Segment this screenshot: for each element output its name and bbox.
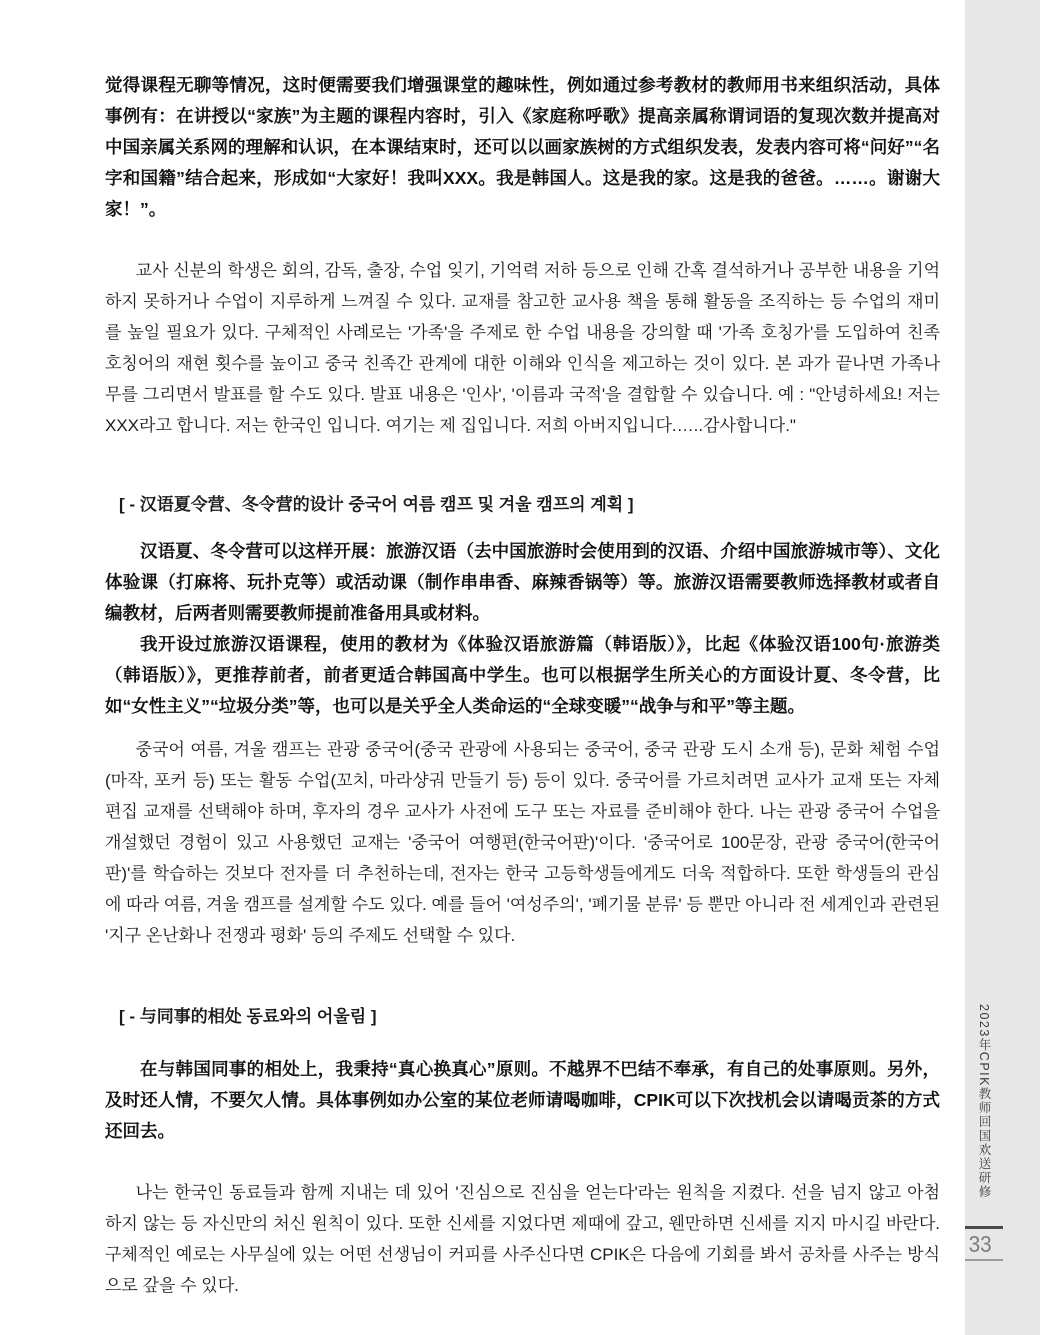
page-margin-strip: 2023年CPIK教师回国欢送研修 33 <box>965 0 1040 1335</box>
paragraph-ko-intro: 교사 신분의 학생은 회의, 감독, 출장, 수업 잊기, 기억력 저하 등으로… <box>105 255 940 441</box>
page-number-rule-bottom <box>965 1259 1003 1261</box>
page-content: 觉得课程无聊等情况，这时便需要我们增强课堂的趣味性，例如通过参考教材的教师用书来… <box>105 70 940 1301</box>
section-header-camps: [ - 汉语夏令营、冬令营的设计 중국어 여름 캠프 및 겨울 캠프의 계획 ] <box>105 489 940 520</box>
paragraph-zh-colleagues: 在与韩国同事的相处上，我秉持“真心换真心”原则。不越界不巴结不奉承，有自己的处事… <box>105 1054 940 1147</box>
paragraph-zh-camps-1: 汉语夏、冬令营可以这样开展：旅游汉语（去中国旅游时会使用到的汉语、介绍中国旅游城… <box>105 536 940 629</box>
document-page: 觉得课程无聊等情况，这时便需要我们增强课堂的趣味性，例如通过参考教材的教师用书来… <box>0 0 1040 1335</box>
page-number-block: 33 <box>965 1226 1003 1261</box>
section-header-colleagues: [ - 与同事的相处 동료와의 어울림 ] <box>105 1001 940 1032</box>
paragraph-zh-intro: 觉得课程无聊等情况，这时便需要我们增强课堂的趣味性，例如通过参考教材的教师用书来… <box>105 70 940 225</box>
paragraph-zh-camps-2: 我开设过旅游汉语课程，使用的教材为《体验汉语旅游篇（韩语版）》，比起《体验汉语1… <box>105 629 940 722</box>
edition-caption-vertical: 2023年CPIK教师回国欢送研修 <box>975 1004 993 1199</box>
paragraph-ko-colleagues: 나는 한국인 동료들과 함께 지내는 데 있어 '진심으로 진심을 얻는다'라는… <box>105 1177 940 1301</box>
paragraph-ko-camps: 중국어 여름, 겨울 캠프는 관광 중국어(중국 관광에 사용되는 중국어, 중… <box>105 734 940 951</box>
page-number: 33 <box>965 1229 999 1259</box>
